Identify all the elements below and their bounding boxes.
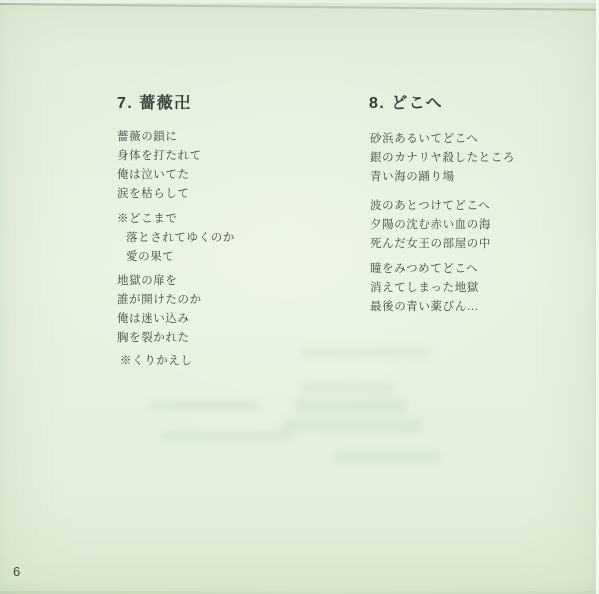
bleedthrough-smudge	[162, 432, 292, 441]
song-8-stanza-1: 砂浜あるいてどこへ 銀のカナリヤ殺したところ 青い海の踊り場	[370, 130, 515, 187]
scan-vignette	[0, 0, 596, 594]
lyric-line: 銀のカナリヤ殺したところ	[370, 149, 515, 168]
scanned-lyrics-booklet-page: { "page": { "number": "6", "background_c…	[0, 0, 599, 594]
scan-top-edge-line	[0, 3, 596, 11]
lyric-line: 瞳をみつめてどこへ	[370, 260, 479, 279]
bleedthrough-smudge	[150, 402, 260, 411]
lyric-line: 消えてしまった地獄	[370, 279, 479, 298]
lyric-line: 俺は迷い込み	[117, 310, 202, 329]
lyric-line: 砂浜あるいてどこへ	[370, 130, 515, 149]
bleedthrough-smudge	[282, 420, 422, 432]
song-7-title: 7. 薔薇卍	[117, 90, 192, 113]
lyric-line: 落とされてゆくのか	[117, 229, 235, 248]
song-7-stanza-3: 地獄の扉を 誰が開けたのか 俺は迷い込み 胸を裂かれた	[117, 272, 202, 348]
lyric-line: 地獄の扉を	[117, 272, 202, 291]
bleedthrough-smudge	[296, 398, 406, 413]
lyric-line: 俺は泣いてた	[117, 166, 202, 185]
lyric-line: 誰が開けたのか	[117, 291, 202, 310]
booklet-page: 7. 薔薇卍 薔薇の鎖に 身体を打たれて 俺は泣いてた 涙を枯らして ※どこまで…	[0, 0, 596, 594]
song-8-title: 8. どこへ	[369, 90, 443, 113]
lyric-line: 涙を枯らして	[117, 185, 202, 204]
lyric-line: 青い海の踊り場	[370, 168, 515, 187]
song-8-stanza-2: 波のあとつけてどこへ 夕陽の沈む赤い血の海 死んだ女王の部屋の中	[370, 197, 491, 254]
lyric-line: 死んだ女王の部屋の中	[370, 235, 491, 254]
bleedthrough-smudge	[300, 383, 395, 392]
lyric-line: 身体を打たれて	[117, 147, 202, 166]
song-7-stanza-2-refrain: ※どこまで 落とされてゆくのか 愛の果て	[117, 210, 235, 267]
bleedthrough-smudge	[335, 452, 440, 462]
scan-top-white-edge	[0, 0, 596, 3]
lyric-line: 愛の果て	[117, 248, 235, 267]
lyric-line: 夕陽の沈む赤い血の海	[370, 216, 491, 235]
lyric-line: ※どこまで	[117, 210, 235, 229]
bleedthrough-smudge	[300, 348, 430, 357]
lyric-line: 薔薇の鎖に	[117, 128, 202, 147]
lyric-line: 胸を裂かれた	[117, 329, 202, 348]
song-7-refrain-note: ※くりかえし	[120, 352, 193, 371]
lyric-line: 波のあとつけてどこへ	[370, 197, 491, 216]
lyric-line: 最後の青い薬びん…	[370, 298, 479, 317]
song-7-stanza-1: 薔薇の鎖に 身体を打たれて 俺は泣いてた 涙を枯らして	[117, 128, 202, 204]
song-8-stanza-3: 瞳をみつめてどこへ 消えてしまった地獄 最後の青い薬びん…	[370, 260, 479, 317]
page-number: 6	[13, 564, 20, 579]
